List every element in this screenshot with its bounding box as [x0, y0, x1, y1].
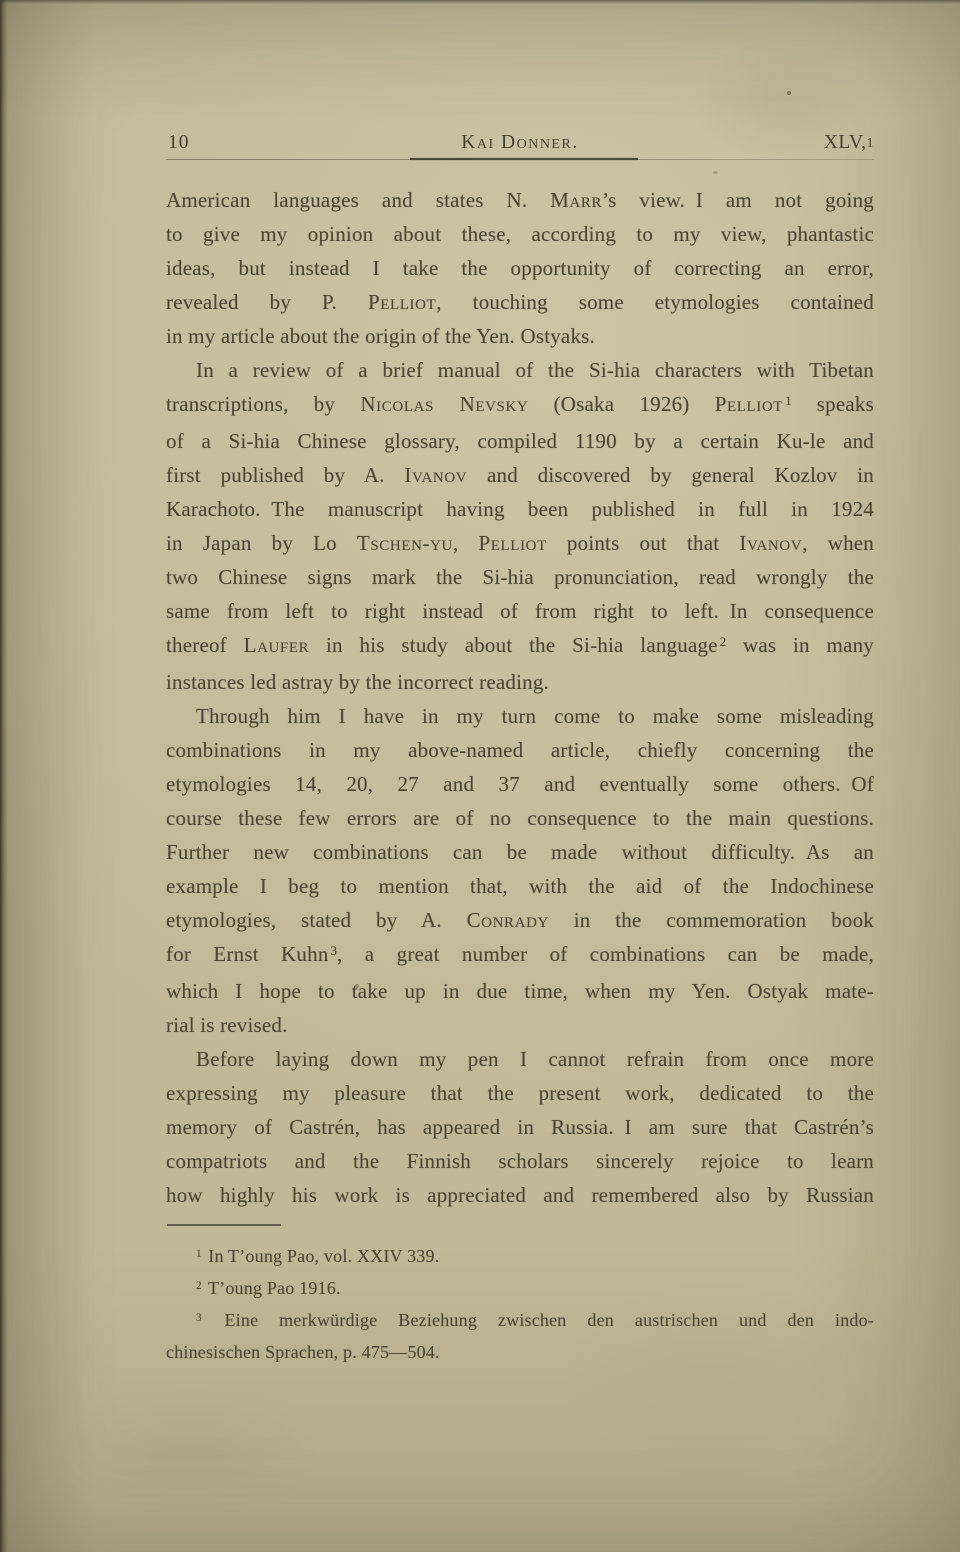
text-line: Karachoto. The manuscript having been pu… [166, 492, 874, 526]
text-segment: Karachoto. The manuscript having been pu… [166, 497, 874, 521]
paper-speck [355, 984, 359, 988]
text-segment: etymologies 14, 20, 27 and 37 and eventu… [166, 772, 874, 796]
text-line: course these few errors are of no conseq… [166, 801, 874, 835]
book-page: 10 Kai Donner. XLV,1 American languages … [0, 0, 960, 1552]
text-segment: memory of Castrén, has appeared in Russi… [166, 1115, 874, 1139]
text-segment: thereof [166, 633, 244, 657]
text-line: of a Si-hia Chinese glossary, compiled 1… [166, 424, 874, 458]
text-line: combinations in my above-named article, … [166, 733, 874, 767]
text-line: two Chinese signs mark the Si-hia pronun… [166, 560, 874, 594]
text-line: example I beg to mention that, with the … [166, 869, 874, 903]
footnote-line: 1 In T’oung Pao, vol. XXIV 339. [166, 1242, 874, 1274]
text-segment: , when [802, 531, 874, 555]
text-segment: combinations in my above-named article, … [166, 738, 874, 762]
text-line: in Japan by Lo Tschen-yu, Pelliot points… [166, 526, 874, 560]
header-rule-center-segment [410, 158, 638, 160]
text-segment: , [453, 531, 479, 555]
text-segment: points out that [547, 531, 740, 555]
paper-speck [787, 91, 791, 95]
small-caps-name: Ivanov [739, 531, 802, 555]
text-segment: Further new combinations can be made wit… [166, 840, 874, 864]
body-text: American languages and states N. Marr’s … [166, 183, 874, 1212]
text-segment: instances led astray by the incorrect re… [166, 670, 549, 694]
paragraph: Before laying down my pen I cannot refra… [166, 1042, 874, 1212]
issue-number: XLV,1 [824, 130, 874, 158]
text-line: instances led astray by the incorrect re… [166, 665, 874, 699]
text-segment: In a review of a brief manual of the Si-… [196, 358, 874, 382]
text-segment: ideas, but instead I take the opportunit… [166, 256, 874, 280]
issue-main: XLV, [824, 132, 867, 153]
text-line: memory of Castrén, has appeared in Russi… [166, 1110, 874, 1144]
text-segment: revealed by P. [166, 290, 368, 314]
paragraph: Through him I have in my turn come to ma… [166, 699, 874, 1042]
superscript-marker: 1 [785, 393, 792, 408]
text-line: in my article about the origin of the Ye… [166, 319, 874, 353]
text-line: ideas, but instead I take the opportunit… [166, 251, 874, 285]
text-segment: rial is revised. [166, 1013, 288, 1037]
text-line: expressing my pleasure that the present … [166, 1076, 874, 1110]
superscript-marker: 2 [720, 634, 727, 649]
text-segment: in Japan by Lo [166, 531, 357, 555]
page-edge-shadow-top [0, 0, 960, 4]
footnote-line: 2 T’oung Pao 1916. [166, 1274, 874, 1306]
small-caps-name: Pelliot [715, 392, 783, 416]
text-segment: same from left to right instead of from … [166, 599, 874, 623]
paper-speck [713, 171, 718, 174]
text-segment: in my article about the origin of the Ye… [166, 324, 595, 348]
issue-sub: 1 [867, 136, 875, 151]
text-segment: was in many [726, 633, 874, 657]
text-segment: for Ernst Kuhn [166, 942, 329, 966]
text-segment: etymologies, stated by A. [166, 908, 467, 932]
footnote-rule [167, 1224, 281, 1226]
text-segment: T’oung Pao 1916. [204, 1278, 341, 1298]
text-line: to give my opinion about these, accordin… [166, 217, 874, 251]
small-caps-name: Marr [550, 188, 602, 212]
text-line: Through him I have in my turn come to ma… [166, 699, 874, 733]
text-line: for Ernst Kuhn3, a great number of combi… [166, 937, 874, 974]
text-segment: ’s view. I am not going [602, 188, 874, 212]
page-header: 10 Kai Donner. XLV,1 [166, 130, 874, 156]
footnote-line: chinesischen Sprachen, p. 475—504. [166, 1338, 874, 1367]
text-line: American languages and states N. Marr’s … [166, 183, 874, 217]
text-line: same from left to right instead of from … [166, 594, 874, 628]
text-line: Further new combinations can be made wit… [166, 835, 874, 869]
text-segment: Eine merkwürdige Beziehung zwischen den … [204, 1310, 874, 1330]
small-caps-name: Laufer [244, 633, 310, 657]
text-segment: example I beg to mention that, with the … [166, 874, 874, 898]
text-segment: course these few errors are of no conseq… [166, 806, 874, 830]
text-segment: , touching some etymologies contained [436, 290, 874, 314]
text-segment: first published by A. [166, 463, 404, 487]
text-segment: compatriots and the Finnish scholars sin… [166, 1149, 874, 1173]
small-caps-name: Nicolas Nevsky [360, 392, 528, 416]
text-segment: in his study about the Si-hia language [309, 633, 717, 657]
superscript-marker: 3 [196, 1312, 202, 1324]
text-segment: expressing my pleasure that the present … [166, 1081, 874, 1105]
text-segment: speaks [792, 392, 874, 416]
paragraph: American languages and states N. Marr’s … [166, 183, 874, 353]
superscript-marker: 3 [331, 943, 338, 958]
footnote-line: 3 Eine merkwürdige Beziehung zwischen de… [166, 1306, 874, 1338]
text-line: transcriptions, by Nicolas Nevsky (Osaka… [166, 387, 874, 424]
text-line: compatriots and the Finnish scholars sin… [166, 1144, 874, 1178]
running-title: Kai Donner. [166, 130, 874, 156]
superscript-marker: 1 [196, 1248, 202, 1260]
text-segment: which I hope to take up in due time, whe… [166, 979, 874, 1003]
text-line: etymologies 14, 20, 27 and 37 and eventu… [166, 767, 874, 801]
text-segment: , a great number of combinations can be … [337, 942, 874, 966]
text-segment: Through him I have in my turn come to ma… [196, 704, 874, 728]
paragraph: In a review of a brief manual of the Si-… [166, 353, 874, 699]
page-edge-shadow-left [0, 0, 8, 1552]
small-caps-name: Tschen-yu [357, 531, 453, 555]
text-segment: two Chinese signs mark the Si-hia pronun… [166, 565, 874, 589]
text-segment: in the commemoration book [549, 908, 874, 932]
text-line: Before laying down my pen I cannot refra… [166, 1042, 874, 1076]
text-line: thereof Laufer in his study about the Si… [166, 628, 874, 665]
text-line: which I hope to take up in due time, whe… [166, 974, 874, 1008]
text-line: In a review of a brief manual of the Si-… [166, 353, 874, 387]
text-segment: of a Si-hia Chinese glossary, compiled 1… [166, 429, 874, 453]
text-segment: transcriptions, by [166, 392, 360, 416]
small-caps-name: Conrady [467, 908, 549, 932]
paper-stain [60, 1380, 320, 1520]
text-segment: American languages and states N. [166, 188, 550, 212]
text-line: rial is revised. [166, 1008, 874, 1042]
small-caps-name: Ivanov [404, 463, 467, 487]
text-segment: Before laying down my pen I cannot refra… [196, 1047, 874, 1071]
text-segment: how highly his work is appreciated and r… [166, 1183, 874, 1207]
text-line: first published by A. Ivanov and discove… [166, 458, 874, 492]
text-line: revealed by P. Pelliot, touching some et… [166, 285, 874, 319]
text-segment: and discovered by general Kozlov in [467, 463, 874, 487]
small-caps-name: Pelliot [368, 290, 436, 314]
text-segment: (Osaka 1926) [528, 392, 714, 416]
footnotes: 1 In T’oung Pao, vol. XXIV 339.2 T’oung … [166, 1242, 874, 1367]
text-line: etymologies, stated by A. Conrady in the… [166, 903, 874, 937]
text-segment: chinesischen Sprachen, p. 475—504. [166, 1342, 440, 1362]
superscript-marker: 2 [196, 1280, 202, 1292]
text-segment: In T’oung Pao, vol. XXIV 339. [204, 1246, 440, 1266]
text-segment: to give my opinion about these, accordin… [166, 222, 874, 246]
small-caps-name: Pelliot [479, 531, 547, 555]
text-line: how highly his work is appreciated and r… [166, 1178, 874, 1212]
